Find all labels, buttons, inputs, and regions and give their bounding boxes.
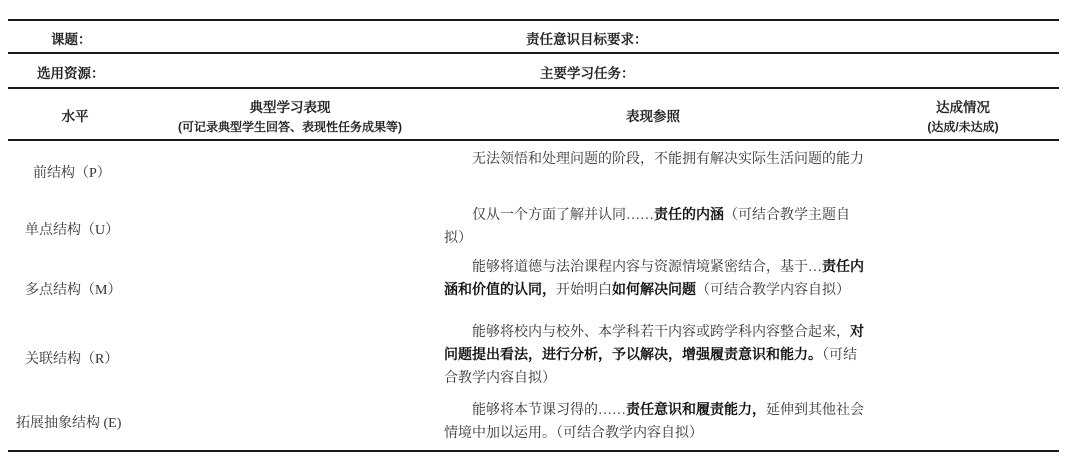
- header-bottom-rule: [8, 139, 1059, 141]
- reference-emphasis: 如何解决问题: [612, 283, 696, 298]
- header-level: 水平: [40, 105, 110, 125]
- reference-text: 能够将校内与校外、本学科若干内容或跨学科内容整合起来，: [472, 325, 850, 340]
- reference-cell-m: 能够将道德与法治课程内容与资源情境紧密结合，基于…责任内涵和价值的认同，开始明白…: [444, 256, 869, 302]
- reference-text: 仅从一个方面了解并认同……: [472, 208, 654, 223]
- resource-row-rule: [8, 87, 1059, 89]
- topic-label: 课题：: [51, 28, 92, 48]
- reference-emphasis: 责任的内涵: [654, 208, 724, 223]
- table-bottom-rule: [8, 450, 1059, 452]
- level-label-m: 多点结构（M）: [25, 279, 121, 299]
- reference-emphasis: 责任意识和履责能力，: [626, 403, 766, 418]
- reference-cell-u: 仅从一个方面了解并认同……责任的内涵（可结合教学主题自拟）: [444, 204, 869, 250]
- task-label: 主要学习任务：: [540, 62, 635, 82]
- header-achievement: 达成情况: [913, 96, 1013, 116]
- resource-label: 选用资源：: [37, 62, 105, 82]
- reference-text: 无法领悟和处理问题的阶段，不能拥有解决实际生活问题的能力: [472, 152, 864, 167]
- reference-text: 能够将道德与法治课程内容与资源情境紧密结合，基于…: [472, 260, 822, 275]
- reference-text: 能够将本节课习得的……: [472, 403, 626, 418]
- level-label-u: 单点结构（U）: [25, 219, 119, 239]
- reference-note: （可结合教学内容自拟）: [696, 283, 850, 298]
- reference-cell-e: 能够将本节课习得的……责任意识和履责能力，延伸到其他社会情境中加以运用。（可结合…: [444, 399, 869, 445]
- header-achievement-sub: (达成/未达成): [913, 118, 1013, 135]
- level-label-e: 拓展抽象结构 (E): [16, 412, 121, 432]
- topic-row-rule: [8, 52, 1059, 54]
- header-reference: 表现参照: [603, 105, 703, 125]
- reference-cell-r: 能够将校内与校外、本学科若干内容或跨学科内容整合起来，对问题提出看法，进行分析，…: [444, 321, 869, 390]
- table-top-rule: [8, 19, 1059, 21]
- level-label-r: 关联结构（R）: [25, 348, 118, 368]
- reference-cell-p: 无法领悟和处理问题的阶段，不能拥有解决实际生活问题的能力: [444, 148, 869, 171]
- reference-text: 开始明白: [556, 283, 612, 298]
- header-typical-sub: (可记录典型学生回答、表现性任务成果等): [160, 118, 420, 135]
- header-typical: 典型学习表现: [160, 96, 420, 116]
- level-label-p: 前结构（P）: [33, 162, 111, 182]
- goal-label: 责任意识目标要求：: [526, 28, 648, 48]
